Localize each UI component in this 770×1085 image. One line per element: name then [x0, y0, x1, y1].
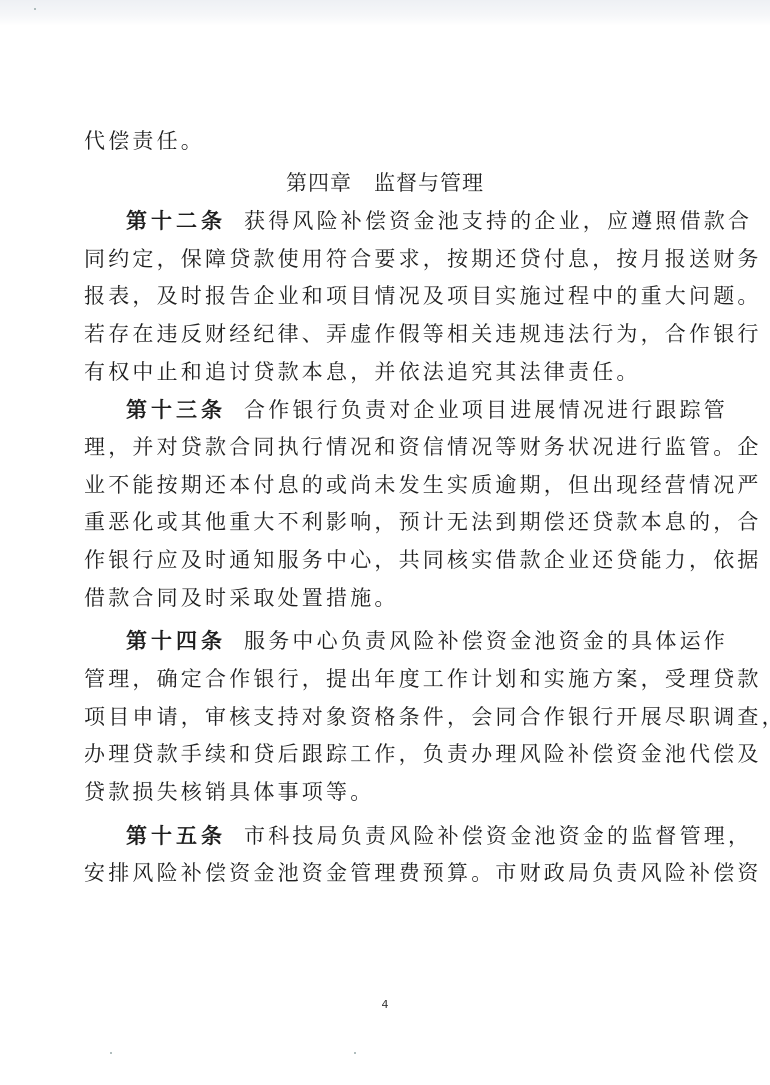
text-line: 管理，确定合作银行，提出年度工作计划和实施方案，受理贷款	[84, 665, 694, 693]
text-line: 重恶化或其他重大不利影响，预计无法到期偿还贷款本息的，合	[84, 508, 694, 536]
text-line: 项目申请，审核支持对象资格条件，会同合作银行开展尽职调查，	[84, 703, 694, 731]
scan-speck	[354, 1052, 356, 1054]
text-line: 作银行应及时通知服务中心，共同核实借款企业还贷能力，依据	[84, 546, 694, 574]
text-line: 贷款损失核销具体事项等。	[84, 778, 694, 806]
text-line: 理，并对贷款合同执行情况和资信情况等财务状况进行监管。企	[84, 433, 694, 461]
article-text: 合作银行负责对企业项目进展情况进行跟踪管	[244, 398, 728, 422]
article-text: 服务中心负责风险补偿资金池资金的具体运作	[244, 629, 728, 653]
text-line: 办理贷款手续和贷后跟踪工作，负责办理风险补偿资金池代偿及	[84, 740, 694, 768]
article-label: 第十五条	[126, 824, 226, 848]
article-label: 第十四条	[126, 629, 226, 653]
scan-speck	[34, 8, 36, 10]
text-line: 若存在违反财经纪律、弄虚作假等相关违规违法行为，合作银行	[84, 320, 694, 348]
text-line: 借款合同及时采取处置措施。	[84, 584, 694, 612]
text-line: 同约定，保障贷款使用符合要求，按期还贷付息，按月报送财务	[84, 245, 694, 273]
page-number: 4	[0, 998, 770, 1011]
text-line: 代偿责任。	[84, 127, 694, 155]
text-line: 业不能按期还本付息的或尚未发生实质逾期，但出现经营情况严	[84, 471, 694, 499]
text-line: 安排风险补偿资金池资金管理费预算。市财政局负责风险补偿资	[84, 859, 694, 887]
article-14-first-line: 第十四条服务中心负责风险补偿资金池资金的具体运作	[126, 627, 736, 655]
scan-speck	[110, 1052, 112, 1054]
article-label: 第十三条	[126, 398, 226, 422]
chapter-title: 监督与管理	[374, 171, 484, 195]
article-label: 第十二条	[126, 209, 226, 233]
chapter-heading: 第四章监督与管理	[0, 169, 770, 197]
article-12-first-line: 第十二条获得风险补偿资金池支持的企业，应遵照借款合	[126, 207, 736, 235]
article-text: 市科技局负责风险补偿资金池资金的监督管理，	[244, 824, 752, 848]
scan-top-shadow	[0, 0, 770, 26]
text-line: 有权中止和追讨贷款本息，并依法追究其法律责任。	[84, 358, 694, 386]
chapter-number: 第四章	[286, 171, 352, 195]
article-15-first-line: 第十五条市科技局负责风险补偿资金池资金的监督管理，	[126, 822, 736, 850]
article-text: 获得风险补偿资金池支持的企业，应遵照借款合	[244, 209, 752, 233]
text-line: 报表，及时报告企业和项目情况及项目实施过程中的重大问题。	[84, 282, 694, 310]
article-13-first-line: 第十三条合作银行负责对企业项目进展情况进行跟踪管	[126, 396, 736, 424]
